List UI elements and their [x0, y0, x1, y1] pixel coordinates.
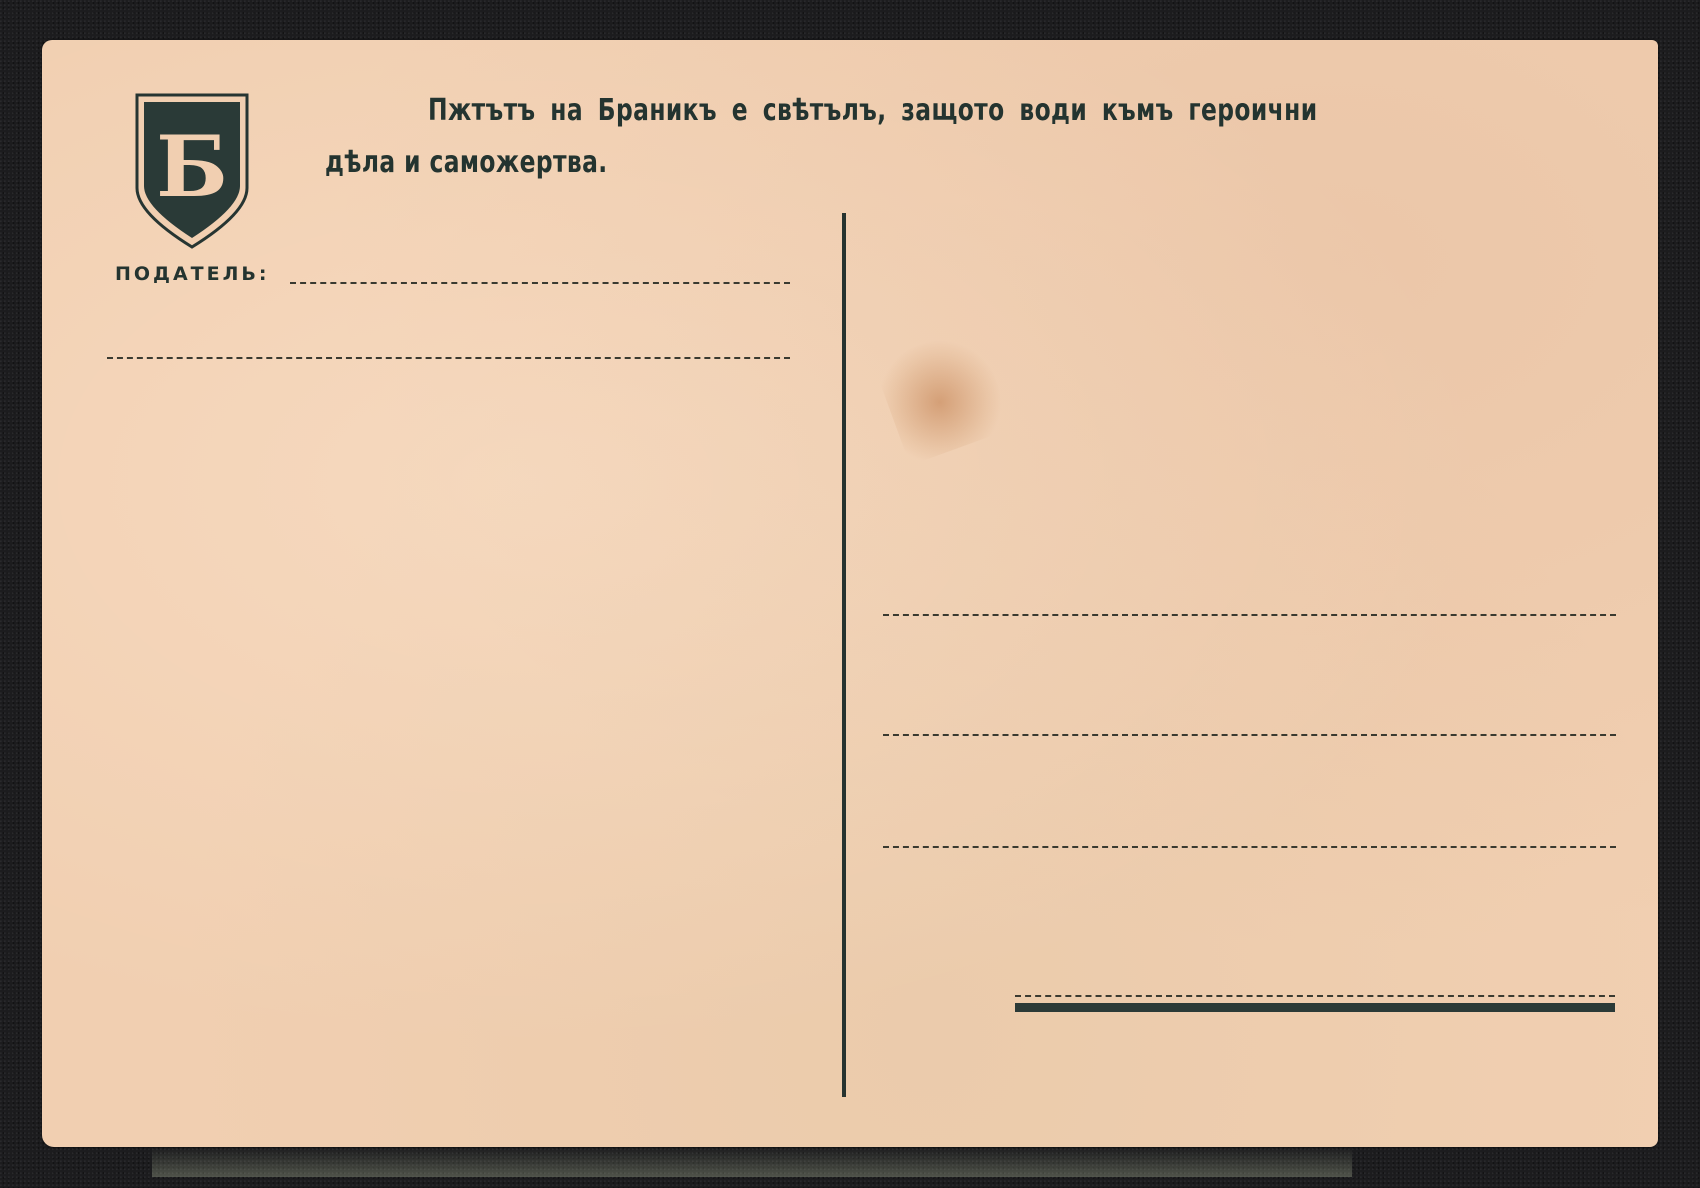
shield-emblem-icon: Б — [135, 93, 249, 249]
foxing-stain — [873, 325, 1014, 466]
emblem-letter: Б — [156, 117, 228, 216]
destination-underline — [1015, 1003, 1615, 1012]
divider-line — [842, 213, 846, 1097]
sender-line-2[interactable] — [107, 357, 790, 359]
sender-line-1[interactable] — [290, 282, 790, 284]
address-line-2[interactable] — [883, 734, 1616, 736]
address-line-4[interactable] — [1015, 995, 1615, 997]
postcard — [42, 40, 1658, 1147]
headline-line-2: дѣла и саможертва. — [325, 145, 608, 180]
address-line-3[interactable] — [883, 846, 1616, 848]
headline-line-1: Пжтътъ на Браникъ е свѣтълъ, защото води… — [428, 93, 1317, 128]
bottom-discoloration — [152, 1147, 1352, 1177]
sender-label: ПОДАТЕЛЬ: — [115, 263, 269, 285]
address-line-1[interactable] — [883, 614, 1616, 616]
